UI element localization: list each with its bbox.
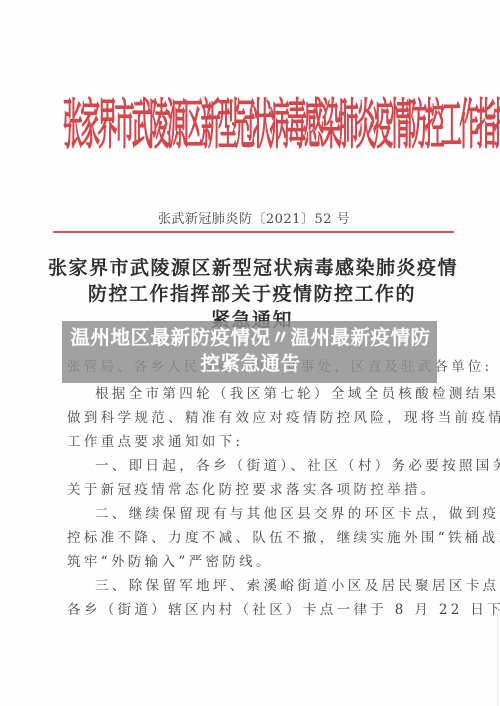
body-line: 做到科学规范、精准有效应对疫情防控风险，现将当前疫情防控 xyxy=(67,409,439,427)
body-line: 关于新冠疫情常态化防控要求落实各项防控举措。 xyxy=(67,481,439,499)
body-line: 控标准不降、力度不减、队伍不撤，继续实施外围“铁桶战术”， xyxy=(67,529,439,547)
overlay-headline: 温州地区最新防疫情况〃温州最新疫情防控紧急通告 xyxy=(62,325,437,377)
page-edge-line xyxy=(497,600,498,706)
document-number: 张武新冠肺炎防〔2021〕52 号 xyxy=(0,212,500,228)
document-page: 张家界市武陵源区新型冠状病毒感染肺炎疫情防控工作指挥部文件 张武新冠肺炎防〔20… xyxy=(0,0,500,706)
body-line: 一、即日起，各乡（街道）、社区（村）务必要按照国务院 xyxy=(95,457,467,475)
notice-title-line-1: 张家界市武陵源区新型冠状病毒感染肺炎疫情 xyxy=(0,253,500,280)
headline-overlay-banner: 温州地区最新防疫情况〃温州最新疫情防控紧急通告 xyxy=(62,321,437,383)
body-line: 根据全市第四轮（我区第七轮）全域全员核酸检测结果，为 xyxy=(95,385,467,403)
red-letterhead: 张家界市武陵源区新型冠状病毒感染肺炎疫情防控工作指挥部文件 xyxy=(63,97,446,153)
red-divider-line xyxy=(53,231,454,233)
letterhead-text: 张家界市武陵源区新型冠状病毒感染肺炎疫情防控工作指挥部文件 xyxy=(63,97,442,151)
body-line: 筑牢“外防输入”严密防线。 xyxy=(67,553,439,571)
notice-title-line-2: 防控工作指挥部关于疫情防控工作的 xyxy=(0,279,500,306)
body-line: 各乡（街道）辖区内村（社区）卡点一律于 8 月 22 日下午 5 点 xyxy=(67,601,439,619)
body-line: 工作重点要求通知如下: xyxy=(67,433,439,451)
body-line: 二、继续保留现有与其他区县交界的环区卡点，做到疫情防 xyxy=(95,505,467,523)
body-line: 三、除保留军地坪、索溪峪街道小区及居民聚居区卡点外， xyxy=(95,577,467,595)
